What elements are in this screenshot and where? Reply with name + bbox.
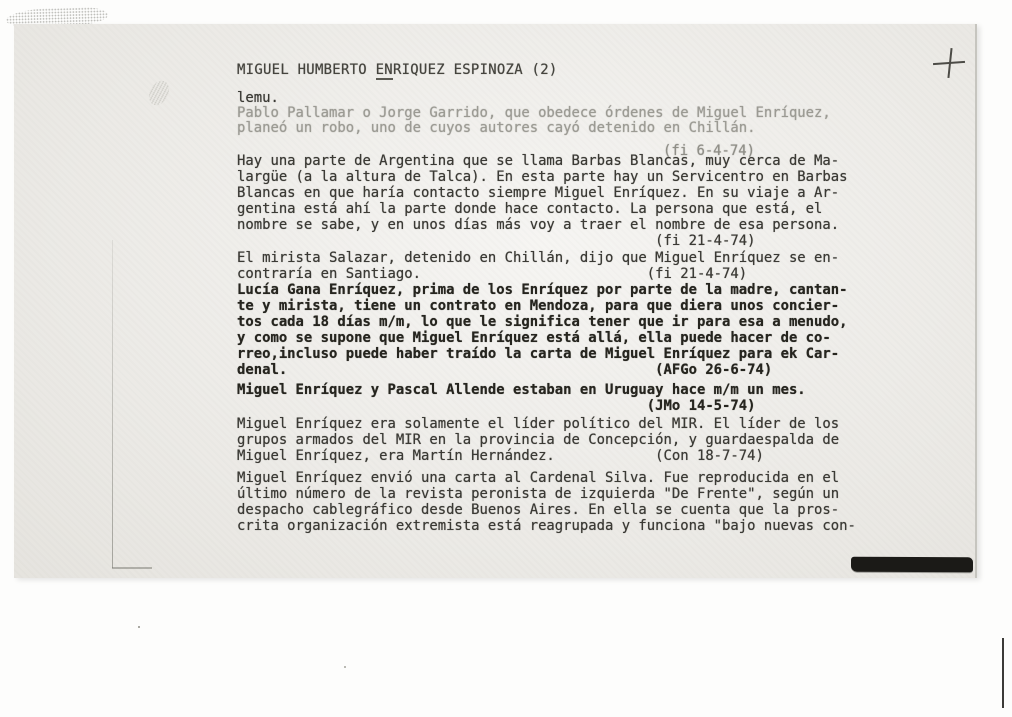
text-line: Miguel Enríquez envió una carta al Carde… bbox=[237, 470, 856, 486]
paper-crease-foot bbox=[112, 567, 152, 569]
text-line: último número de la revista peronista de… bbox=[237, 486, 856, 502]
speck-mark bbox=[138, 626, 140, 628]
subheader: lemu. bbox=[237, 90, 279, 106]
scan-shadow-band bbox=[851, 557, 973, 573]
text-line: El mirista Salazar, detenido en Chillán,… bbox=[237, 250, 839, 266]
text-line: rreo,incluso puede haber traído la carta… bbox=[237, 346, 848, 362]
page-edge-line bbox=[1002, 638, 1004, 708]
paragraph-uruguay: Miguel Enríquez y Pascal Allende estaban… bbox=[237, 382, 806, 414]
text-line: y como se supone que Miguel Enríquez est… bbox=[237, 330, 848, 346]
text-line: Miguel Enríquez y Pascal Allende estaban… bbox=[237, 382, 806, 398]
paragraph-lider-mir: Miguel Enríquez era solamente el líder p… bbox=[237, 416, 839, 464]
citation-line: denal. (AFGo 26-6-74) bbox=[237, 362, 848, 378]
text-line: grupos armados del MIR en la provincia d… bbox=[237, 432, 839, 448]
registration-cross-mark bbox=[933, 48, 965, 78]
text-line: contraría en Santiago. (fi 21-4-74) bbox=[237, 266, 839, 282]
paragraph-salazar: El mirista Salazar, detenido en Chillán,… bbox=[237, 250, 839, 282]
text-line: gentina está ahí la parte donde hace con… bbox=[237, 201, 848, 217]
citation-line: (fi 21-4-74) bbox=[237, 233, 848, 249]
title-segment: RIQUEZ ESPINOZA (2) bbox=[393, 62, 558, 78]
text-line: crita organización extremista está reagr… bbox=[237, 518, 856, 534]
text-line: Miguel Enríquez, era Martín Hernández. (… bbox=[237, 448, 839, 464]
text-line: Blancas en que haría contacto siempre Mi… bbox=[237, 185, 848, 201]
text-line: Miguel Enríquez era solamente el líder p… bbox=[237, 416, 839, 432]
text-line: largüe (a la altura de Talca). En esta p… bbox=[237, 169, 848, 185]
text-line: Hay una parte de Argentina que se llama … bbox=[237, 153, 848, 169]
paragraph-lucia-gana: Lucía Gana Enríquez, prima de los Enríqu… bbox=[237, 282, 848, 378]
text-line: te y mirista, tiene un contrato en Mendo… bbox=[237, 298, 848, 314]
text-line: despacho cablegráfico desde Buenos Aires… bbox=[237, 502, 856, 518]
scan-canvas: MIGUEL HUMBERTO ENRIQUEZ ESPINOZA (2) le… bbox=[0, 0, 1012, 717]
document-title: MIGUEL HUMBERTO ENRIQUEZ ESPINOZA (2) bbox=[237, 62, 558, 78]
faint-note-paragraph: Pablo Pallamar o Jorge Garrido, que obed… bbox=[237, 106, 831, 136]
paragraph-barbas-blancas: Hay una parte de Argentina que se llama … bbox=[237, 153, 848, 249]
text-line: Lucía Gana Enríquez, prima de los Enríqu… bbox=[237, 282, 848, 298]
text-line: planeó un robo, uno de cuyos autores cay… bbox=[237, 121, 831, 136]
paper-crease-line bbox=[112, 240, 113, 568]
paragraph-carta-cardenal: Miguel Enríquez envió una carta al Carde… bbox=[237, 470, 856, 534]
text-line: nombre se sabe, y en unos días más voy a… bbox=[237, 217, 848, 233]
speck-mark bbox=[344, 666, 346, 668]
title-segment: MIGUEL HUMBERTO bbox=[237, 62, 376, 78]
citation-line: (JMo 14-5-74) bbox=[237, 398, 806, 414]
text-line: tos cada 18 días m/m, lo que le signific… bbox=[237, 314, 848, 330]
title-underlined-segment: EN bbox=[376, 62, 393, 80]
text-line: Pablo Pallamar o Jorge Garrido, que obed… bbox=[237, 106, 831, 121]
